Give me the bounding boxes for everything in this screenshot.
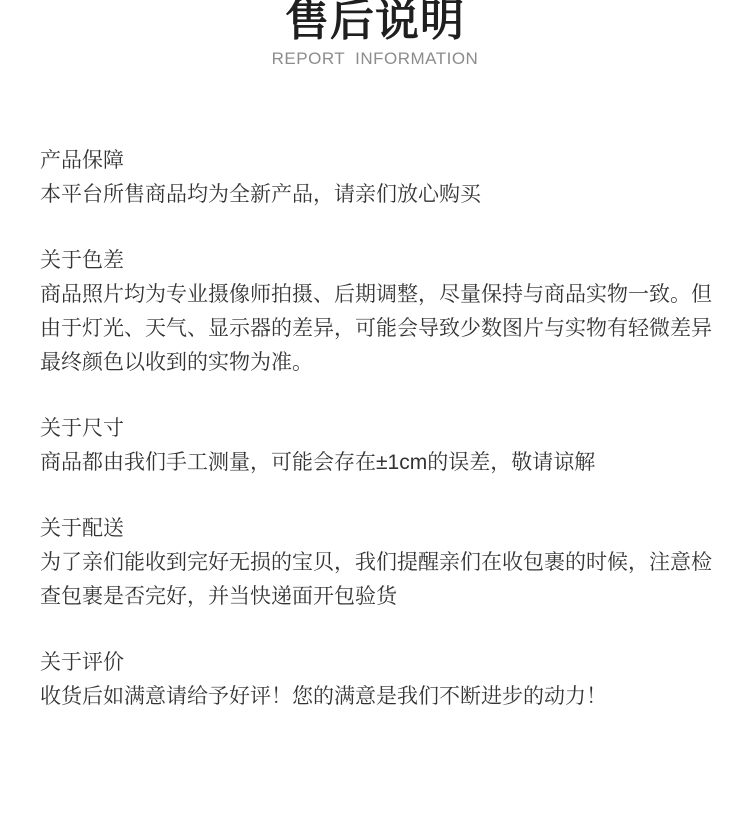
section-size-heading: 关于尺寸 xyxy=(40,412,720,446)
section-delivery-heading: 关于配送 xyxy=(40,512,720,546)
content: 产品保障 本平台所售商品均为全新产品，请亲们放心购买 关于色差 商品照片均为专业… xyxy=(0,144,750,714)
section-product-guarantee: 产品保障 本平台所售商品均为全新产品，请亲们放心购买 xyxy=(40,144,720,212)
section-color-difference-line-1: 商品照片均为专业摄像师拍摄、后期调整，尽量保持与商品实物一致。但 xyxy=(40,278,720,312)
section-color-difference-heading: 关于色差 xyxy=(40,244,720,278)
section-review-line-1: 收货后如满意请给予好评！您的满意是我们不断进步的动力！ xyxy=(40,680,720,714)
section-delivery-line-1: 为了亲们能收到完好无损的宝贝，我们提醒亲们在收包裹的时候，注意检 xyxy=(40,546,720,580)
section-review-heading: 关于评价 xyxy=(40,646,720,680)
page-title: 售后说明 xyxy=(0,0,750,45)
section-product-guarantee-heading: 产品保障 xyxy=(40,144,720,178)
page-subtitle: REPORT INFORMATION xyxy=(0,50,750,67)
section-size-line-1: 商品都由我们手工测量，可能会存在±1cm的误差，敬请谅解 xyxy=(40,446,720,480)
section-size: 关于尺寸 商品都由我们手工测量，可能会存在±1cm的误差，敬请谅解 xyxy=(40,412,720,480)
section-color-difference: 关于色差 商品照片均为专业摄像师拍摄、后期调整，尽量保持与商品实物一致。但 由于… xyxy=(40,244,720,380)
section-product-guarantee-line-1: 本平台所售商品均为全新产品，请亲们放心购买 xyxy=(40,178,720,212)
section-delivery: 关于配送 为了亲们能收到完好无损的宝贝，我们提醒亲们在收包裹的时候，注意检 查包… xyxy=(40,512,720,614)
after-sales-info-page: 售后说明 REPORT INFORMATION 产品保障 本平台所售商品均为全新… xyxy=(0,0,750,813)
section-color-difference-line-3: 最终颜色以收到的实物为准。 xyxy=(40,346,720,380)
header: 售后说明 REPORT INFORMATION xyxy=(0,0,750,67)
section-delivery-line-2: 查包裹是否完好，并当快递面开包验货 xyxy=(40,580,720,614)
section-color-difference-line-2: 由于灯光、天气、显示器的差异，可能会导致少数图片与实物有轻微差异 xyxy=(40,312,720,346)
section-review: 关于评价 收货后如满意请给予好评！您的满意是我们不断进步的动力！ xyxy=(40,646,720,714)
